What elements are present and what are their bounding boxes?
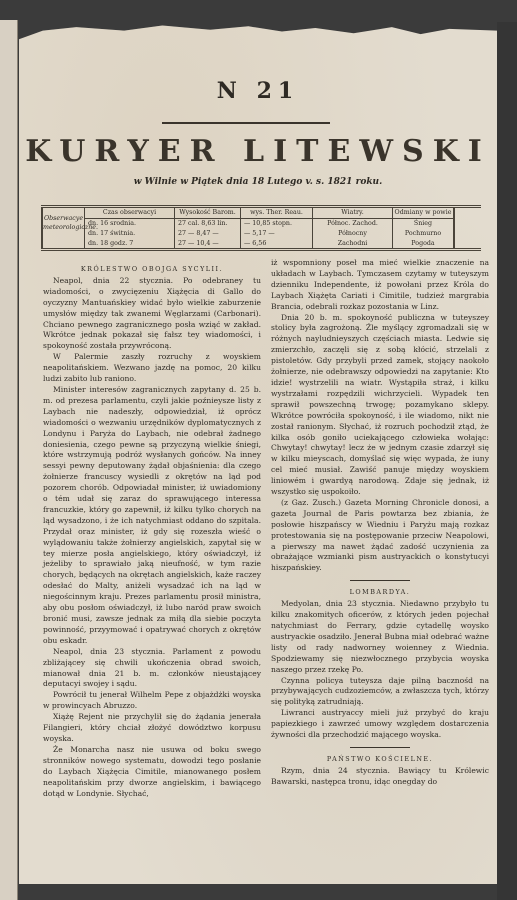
weather-label: Obserwacye meteorologiczne. xyxy=(41,208,85,248)
cell-wind: Północ. Zachod. xyxy=(313,219,392,229)
section-title: LOMBARDYA. xyxy=(271,587,489,598)
cell-wind: Zachodni xyxy=(313,239,392,249)
article-paragraph: W Palermie zaszły rozruchy z woyskiem ne… xyxy=(43,352,261,385)
article-paragraph: Dnia 20 b. m. spokoyność publiczna w tut… xyxy=(271,313,489,498)
article-paragraph: Czynna policya tuteysza daje pilną baczn… xyxy=(271,676,489,709)
therm-value: — 10,85 xyxy=(244,220,270,227)
cell-barometer: 27 — 8,47 — xyxy=(175,229,240,239)
cell-thermometer: — 6,56 xyxy=(241,239,312,249)
adjacent-page-edge xyxy=(0,20,18,900)
article-paragraph: Neapol, dnia 23 stycznia. Parlament z po… xyxy=(43,647,261,691)
section-title: PAŃSTWO KOŚCIELNE. xyxy=(271,754,489,765)
article-paragraph: Minister interesów zagranicznych zapytan… xyxy=(43,385,261,647)
cell-thermometer: — 5,17 — xyxy=(241,229,312,239)
section-divider xyxy=(350,747,410,748)
weather-col-thermometer: wys. Ther. Reau. — 10,85 stopn. — 5,17 —… xyxy=(241,208,313,248)
left-column: KRÓLESTWO OBOJGA SYCYLII. Neapol, dnia 2… xyxy=(43,258,261,799)
weather-table: Obserwacye meteorologiczne. Czas obserwa… xyxy=(41,205,481,251)
cell-time: dn. 18 godz. 7 xyxy=(85,239,174,249)
issue-number: N 21 xyxy=(19,78,497,104)
newspaper-page: N 21 KURYER LITEWSKI w Wilnie w Piątek d… xyxy=(19,22,497,884)
header-barometer: Wysokość Barom. xyxy=(175,208,240,219)
cell-time: dn. 16 srodnia. xyxy=(85,219,174,229)
therm-unit: — xyxy=(268,230,274,237)
article-paragraph: Medyolan, dnia 23 stycznia. Niedawno prz… xyxy=(271,599,489,675)
article-paragraph: Liwranci austryaccy mieli już przybyć do… xyxy=(271,708,489,741)
therm-unit: stopn. xyxy=(272,220,292,227)
right-column: iż wspomniony poseł ma mieć wielkie znac… xyxy=(271,258,489,788)
title-rule xyxy=(162,122,330,124)
header-wind: Wiatry. xyxy=(313,208,392,219)
article-paragraph: Powrócił tu jenerał Wilhelm Pepe z objaż… xyxy=(43,690,261,712)
cell-time: dn. 17 świtnia. xyxy=(85,229,174,239)
article-paragraph: Xiążę Rejent nie przychylił się do żądan… xyxy=(43,712,261,745)
article-paragraph: Neapol, dnia 22 stycznia. Po odebraney t… xyxy=(43,276,261,352)
therm-value: — 5,17 xyxy=(244,230,266,237)
cell-barometer: 27 cal. 8,63 lin. xyxy=(175,219,240,229)
article-paragraph: Rzym, dnia 24 stycznia. Bawiący tu Króle… xyxy=(271,766,489,788)
cell-thermometer: — 10,85 stopn. xyxy=(241,219,312,229)
cell-sky: Pogoda xyxy=(393,239,453,249)
article-paragraph: (z Gaz. Zusch.) Gazeta Morning Chronicle… xyxy=(271,498,489,574)
masthead-title: KURYER LITEWSKI xyxy=(19,134,497,169)
weather-col-wind: Wiatry. Północ. Zachod. Północny Zachodn… xyxy=(313,208,393,248)
weather-col-barometer: Wysokość Barom. 27 cal. 8,63 lin. 27 — 8… xyxy=(175,208,241,248)
cell-sky: Pochmurno xyxy=(393,229,453,239)
header-time: Czas obserwacyi xyxy=(85,208,174,219)
cell-wind: Północny xyxy=(313,229,392,239)
header-sky: Odmiany w powie xyxy=(393,208,453,219)
section-divider xyxy=(350,580,410,581)
weather-col-time: Czas obserwacyi dn. 16 srodnia. dn. 17 ś… xyxy=(85,208,175,248)
background-shadow xyxy=(497,22,517,900)
therm-value: — 6,56 xyxy=(244,240,266,247)
dateline: w Wilnie w Piątek dnia 18 Lutego v. s. 1… xyxy=(19,177,497,187)
article-paragraph: iż wspomniony poseł ma mieć wielkie znac… xyxy=(271,258,489,313)
section-title: KRÓLESTWO OBOJGA SYCYLII. xyxy=(43,264,261,275)
article-paragraph: Że Monarcha nasz nie usuwa od boku swego… xyxy=(43,745,261,800)
cell-sky: Śnieg xyxy=(393,219,453,229)
weather-col-sky: Odmiany w powie Śnieg Pochmurno Pogoda xyxy=(393,208,455,248)
cell-barometer: 27 — 10,4 — xyxy=(175,239,240,249)
header-thermometer: wys. Ther. Reau. xyxy=(241,208,312,219)
